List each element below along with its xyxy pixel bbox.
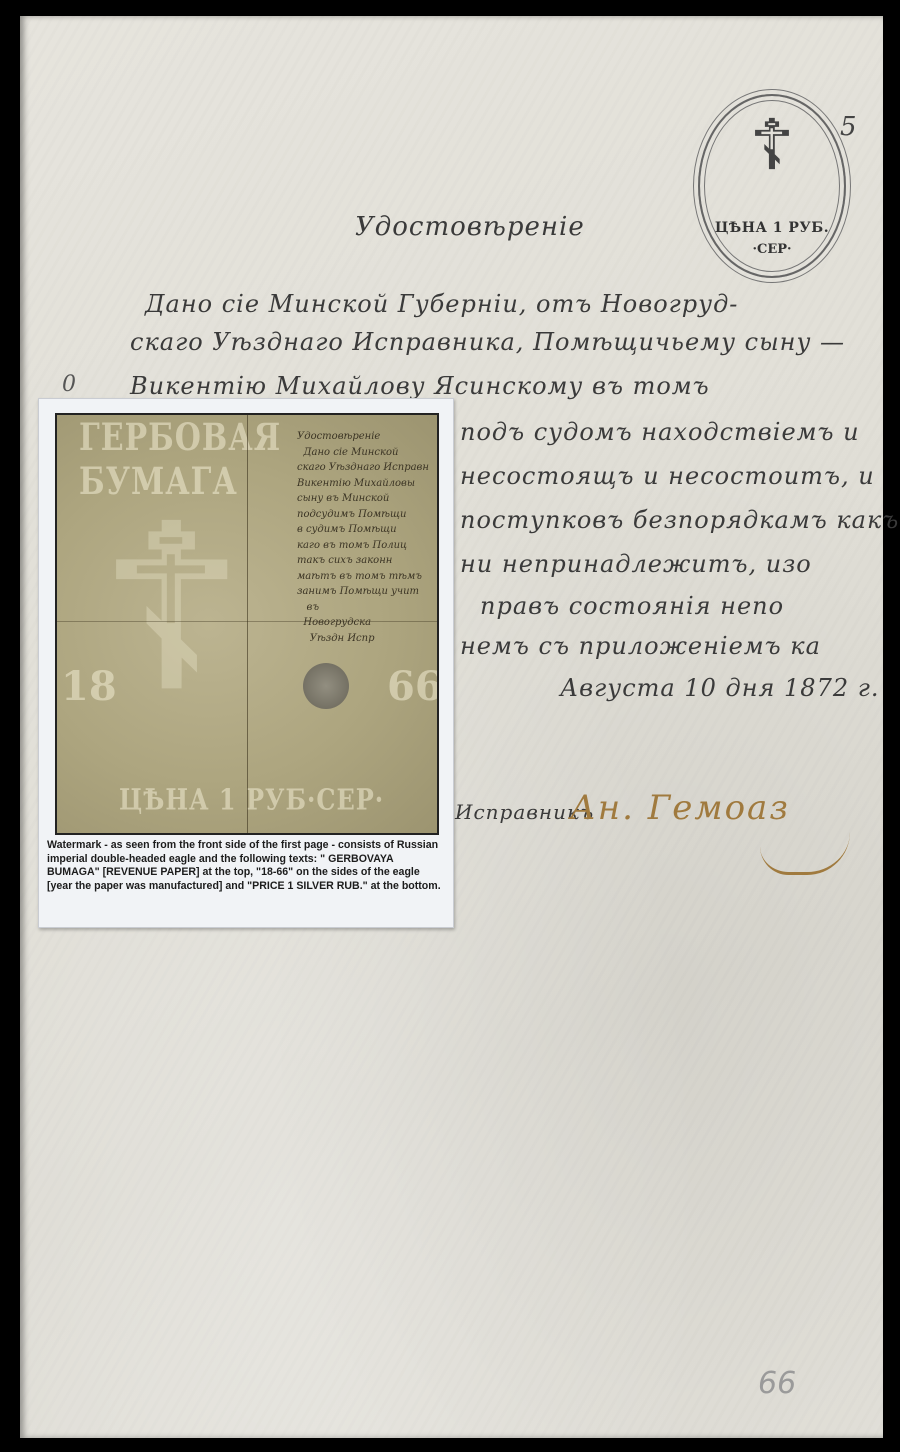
body-line: немъ съ приложеніемъ ка [460, 632, 821, 660]
watermark-year-left: 18 [61, 663, 117, 710]
watermark-year-right: 66 [387, 663, 439, 710]
revenue-stamp: ☦ ЦѢНА 1 РУБ. ·СЕР· [698, 94, 846, 278]
document-title: Удостовѣреніе [355, 212, 585, 242]
watermark-bottom-text: ЦѢНА 1 РУБ·СЕР· [119, 782, 384, 817]
watermark-caption: Watermark - as seen from the front side … [47, 839, 445, 893]
body-line: Дано сіе Минской Губерніи, отъ Новогруд- [145, 290, 738, 318]
body-line: правъ состоянія непо [480, 592, 784, 620]
fold-line-vertical [247, 415, 248, 833]
pencil-number: 66 [758, 1366, 796, 1401]
margin-mark: 0 [62, 372, 76, 397]
signature: Ан. Гемоаз [570, 788, 790, 828]
stamp-unit: ·СЕР· [700, 242, 844, 257]
watermark-photo: ☦ ГЕРБОВАЯ БУМАГА 18 66 ЦѢНА 1 РУБ·СЕР· … [55, 413, 439, 835]
body-line: подъ судомъ находствіемъ и [460, 418, 860, 446]
double-headed-eagle-icon: ☦ [700, 110, 844, 180]
photo-handwriting: Удостовѣреніе Дано сіе Минской скаго Уѣз… [297, 429, 429, 646]
ink-seal-icon [303, 663, 349, 709]
body-line: скаго Уѣзднаго Исправника, Помѣщичьему с… [130, 328, 845, 356]
folio-number: 5 [840, 112, 857, 142]
body-line: несостоящъ и несостоитъ, и [460, 462, 875, 490]
document-date: Августа 10 дня 1872 г. [560, 674, 880, 702]
body-line: Викентію Михайлову Ясинскому въ томъ [130, 372, 710, 400]
body-line: поступковъ безпорядкамъ какъ [460, 506, 899, 534]
body-line: ни непринадлежитъ, изо [460, 550, 812, 578]
stamp-price: ЦѢНА 1 РУБ. [700, 220, 844, 236]
watermark-inset-card: ☦ ГЕРБОВАЯ БУМАГА 18 66 ЦѢНА 1 РУБ·СЕР· … [38, 398, 454, 928]
watermark-eagle-icon: ☦ [97, 495, 246, 725]
